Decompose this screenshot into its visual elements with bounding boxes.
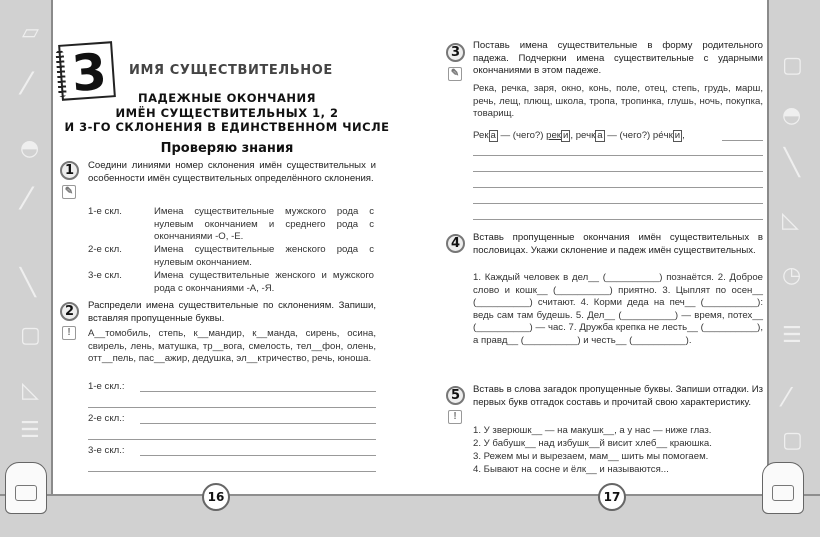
answer-label: 3-е скл.:: [88, 445, 125, 456]
answer-line[interactable]: [88, 439, 376, 440]
set-square-icon: ◺: [782, 210, 799, 232]
lesson-title-line: ПАДЕЖНЫЕ ОКОНЧАНИЯ: [62, 91, 392, 106]
example-word: Рек: [473, 130, 489, 141]
declension-row: 2-е скл. Имена существительные женского …: [88, 244, 378, 270]
answer-label: 2-е скл.:: [88, 413, 125, 424]
task-number-badge: 2: [60, 302, 79, 321]
declension-label: 1-е скл.: [88, 206, 148, 219]
lesson-title-line: И 3-ГО СКЛОНЕНИЯ В ЕДИНСТВЕННОМ ЧИСЛЕ: [62, 120, 392, 135]
answer-line[interactable]: [473, 171, 763, 172]
task3-word-list: Река, речка, заря, окно, конь, поле, оте…: [473, 83, 763, 121]
backpack-illustration: [5, 462, 47, 514]
answer-line[interactable]: [88, 471, 376, 472]
task-number-badge: 5: [446, 386, 465, 405]
example-question: — (чего?): [605, 130, 653, 141]
exclamation-icon: !: [448, 410, 462, 424]
page-bottom-edge: [0, 494, 820, 496]
answer-line[interactable]: [88, 407, 376, 408]
example-question: — (чего?): [498, 130, 546, 141]
task2-instruction: Распредели имена существительные по скло…: [88, 300, 376, 325]
pen-icon: ╲: [784, 150, 800, 176]
ending-box: а: [489, 130, 498, 142]
page-number: 16: [202, 483, 230, 511]
declension-description: Имена существительные мужского рода с ну…: [154, 206, 374, 244]
answer-line[interactable]: [140, 423, 376, 424]
section-subtitle: Проверяю знания: [62, 141, 392, 156]
task3-example: Река — (чего?) реки, речка — (чего?) ре́…: [473, 130, 763, 142]
task4-proverbs: 1. Каждый человек в дел__ (__________) п…: [473, 272, 763, 347]
declension-label: 3-е скл.: [88, 270, 148, 283]
lesson-title-line: ИМЁН СУЩЕСТВИТЕЛЬНЫХ 1, 2: [62, 106, 392, 121]
books-icon: ☰: [20, 420, 40, 442]
declension-row: 3-е скл. Имена существительные женского …: [88, 270, 378, 296]
set-square-icon: ◺: [22, 380, 39, 402]
task1-instruction: Соедини линиями номер склонения имён сущ…: [88, 160, 376, 185]
riddle: 2. У бабушк__ над избушк__й висит хлеб__…: [473, 438, 763, 451]
answer-line[interactable]: [140, 455, 376, 456]
chapter-title: ИМЯ СУЩЕСТВИТЕЛЬНОЕ: [129, 63, 333, 78]
example-word: ре́чк: [653, 130, 673, 141]
pencil-icon: ⁄: [784, 385, 788, 411]
answer-label: 1-е скл.:: [88, 381, 125, 392]
task3-instruction: Поставь имена существительные в форму ро…: [473, 40, 763, 78]
answer-line[interactable]: [473, 187, 763, 188]
ending-box: а: [595, 130, 604, 142]
task-number-badge: 3: [446, 43, 465, 62]
notebook-icon: ▢: [20, 325, 41, 347]
notebook-icon: ▢: [782, 55, 803, 77]
task2-word-list: А__томобиль, степь, к__мандир, к__манда,…: [88, 328, 376, 366]
declension-description: Имена существительные женского рода с ну…: [154, 244, 374, 269]
protractor-icon: ◓: [20, 138, 39, 160]
protractor-icon: ◓: [782, 105, 801, 127]
task4-instruction: Вставь пропущенные окончания имён сущест…: [473, 232, 763, 257]
underlined-word: реки: [546, 130, 570, 141]
backpack-illustration: [762, 462, 804, 514]
ruler-icon: ⁄: [24, 185, 29, 215]
example-word: речк: [576, 130, 596, 141]
riddle: 4. Бывают на сосне и ёлк__ и называются.…: [473, 464, 763, 477]
alarm-clock-icon: ◷: [782, 265, 801, 287]
answer-line[interactable]: [473, 203, 763, 204]
ending-box: и: [561, 130, 570, 142]
ending-box: и: [673, 130, 682, 142]
answer-line[interactable]: [473, 219, 763, 220]
pencil-icon: ⁄: [24, 70, 29, 100]
task-number-badge: 1: [60, 161, 79, 180]
answer-line[interactable]: [722, 140, 763, 141]
declension-description: Имена существительные женского и мужског…: [154, 270, 374, 295]
declension-label: 2-е скл.: [88, 244, 148, 257]
exclamation-icon: !: [62, 326, 76, 340]
riddle: 3. Режем мы и вырезаем, мам__ шить мы по…: [473, 451, 763, 464]
declension-row: 1-е скл. Имена существительные мужского …: [88, 206, 378, 246]
pencil-icon: ╲: [20, 270, 36, 296]
pencil-icon: ✎: [62, 185, 76, 199]
book-icon: ▢: [782, 430, 803, 452]
answer-line[interactable]: [473, 155, 763, 156]
task5-instruction: Вставь в слова загадок пропущенные буквы…: [473, 384, 763, 409]
task-number-badge: 4: [446, 234, 465, 253]
eraser-icon: ▱: [22, 22, 39, 44]
pencil-icon: ✎: [448, 67, 462, 81]
notepad-icon: ☰: [782, 325, 802, 347]
book-spread: ▱ ⁄ ◓ ⁄ ╲ ▢ ◺ ☰ ▢ ◓ ╲ ◺ ◷ ☰ ⁄ ▢ 3 ИМЯ СУ…: [0, 0, 820, 537]
riddle: 1. У зверюшк__ — на макушк__, а у нас — …: [473, 425, 763, 438]
answer-line[interactable]: [140, 391, 376, 392]
lesson-title: ПАДЕЖНЫЕ ОКОНЧАНИЯ ИМЁН СУЩЕСТВИТЕЛЬНЫХ …: [62, 91, 392, 135]
page-number: 17: [598, 483, 626, 511]
